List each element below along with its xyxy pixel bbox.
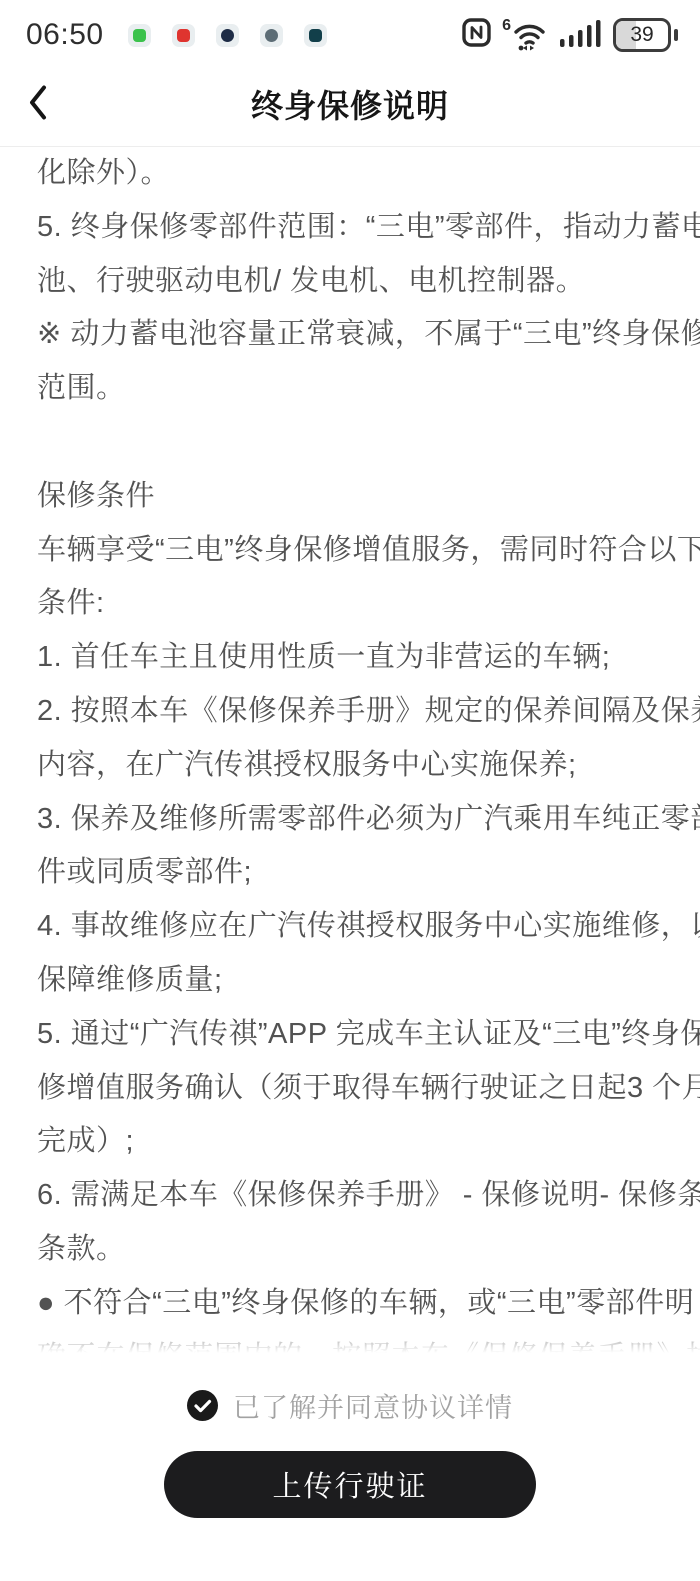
text-line: 条款。: [37, 1223, 663, 1277]
battery-indicator: 39: [613, 18, 678, 52]
nfc-icon: [462, 18, 491, 52]
text-line: 5. 通过“广汽传祺”APP 完成车主认证及“三电”终身保: [37, 1008, 663, 1062]
text-line: 保修条件: [37, 470, 663, 524]
notification-icons: [128, 24, 327, 47]
wechat-notification-icon: [128, 24, 151, 47]
agreement-checkbox-checked[interactable]: [187, 1390, 218, 1421]
bottom-action-panel: 已了解并同意协议详情 上传行驶证: [0, 1356, 700, 1581]
text-line: 1. 首任车主且使用性质一直为非营运的车辆;: [37, 631, 663, 685]
wifi6-icon: 6: [502, 19, 549, 51]
text-line: 3. 保养及维修所需零部件必须为广汽乘用车纯正零部: [37, 793, 663, 847]
text-line: ● 不符合“三电”终身保修的车辆，或“三电”零部件明: [37, 1277, 663, 1331]
battery-terminal: [674, 29, 678, 41]
text-line: 范围。: [37, 362, 663, 416]
status-bar: 06:50 6: [0, 0, 700, 62]
text-line: 内容，在广汽传祺授权服务中心实施保养;: [37, 739, 663, 793]
gray-app-notification-icon: [260, 24, 283, 47]
warranty-text-lines: 化除外）。5. 终身保修零部件范围：“三电”零部件，指动力蓄电池、行驶驱动电机/…: [37, 147, 663, 1331]
wifi-generation-label: 6: [502, 19, 511, 33]
clock: 06:50: [26, 18, 104, 52]
text-line: [37, 416, 663, 470]
text-line: 5. 终身保修零部件范围：“三电”零部件，指动力蓄电: [37, 201, 663, 255]
navy-app-notification-icon: [216, 24, 239, 47]
red-app-notification-icon: [172, 24, 195, 47]
text-line: 完成）;: [37, 1115, 663, 1169]
text-line: 池、行驶驱动电机/ 发电机、电机控制器。: [37, 255, 663, 309]
signal-strength-icon: [560, 18, 602, 53]
text-line: 化除外）。: [37, 147, 663, 201]
text-line: 修增值服务确认（须于取得车辆行驶证之日起3 个月内: [37, 1062, 663, 1116]
text-line: 保障维修质量;: [37, 954, 663, 1008]
teal-app-notification-icon: [304, 24, 327, 47]
text-line: ※ 动力蓄电池容量正常衰减，不属于“三电”终身保修: [37, 308, 663, 362]
text-line: 2. 按照本车《保修保养手册》规定的保养间隔及保养: [37, 685, 663, 739]
nav-header: 终身保修说明: [0, 62, 700, 147]
text-line: 车辆享受“三电”终身保修增值服务，需同时符合以下: [37, 524, 663, 578]
agreement-row[interactable]: 已了解并同意协议详情: [187, 1386, 513, 1425]
status-icons: 6: [462, 18, 678, 53]
upload-license-button[interactable]: 上传行驶证: [164, 1451, 536, 1518]
phone-screen: 06:50 6: [0, 0, 700, 1581]
text-line: 6. 需满足本车《保修保养手册》 - 保修说明- 保修条件: [37, 1169, 663, 1223]
warranty-text-area[interactable]: 化除外）。5. 终身保修零部件范围：“三电”零部件，指动力蓄电池、行驶驱动电机/…: [0, 147, 700, 1384]
text-line: 条件:: [37, 577, 663, 631]
page-title: 终身保修说明: [0, 81, 700, 127]
agreement-label[interactable]: 已了解并同意协议详情: [233, 1386, 513, 1425]
text-line: 件或同质零部件;: [37, 846, 663, 900]
battery-percent-label: 39: [630, 23, 653, 47]
battery-body: 39: [613, 18, 671, 52]
text-line: 4. 事故维修应在广汽传祺授权服务中心实施维修，以: [37, 900, 663, 954]
